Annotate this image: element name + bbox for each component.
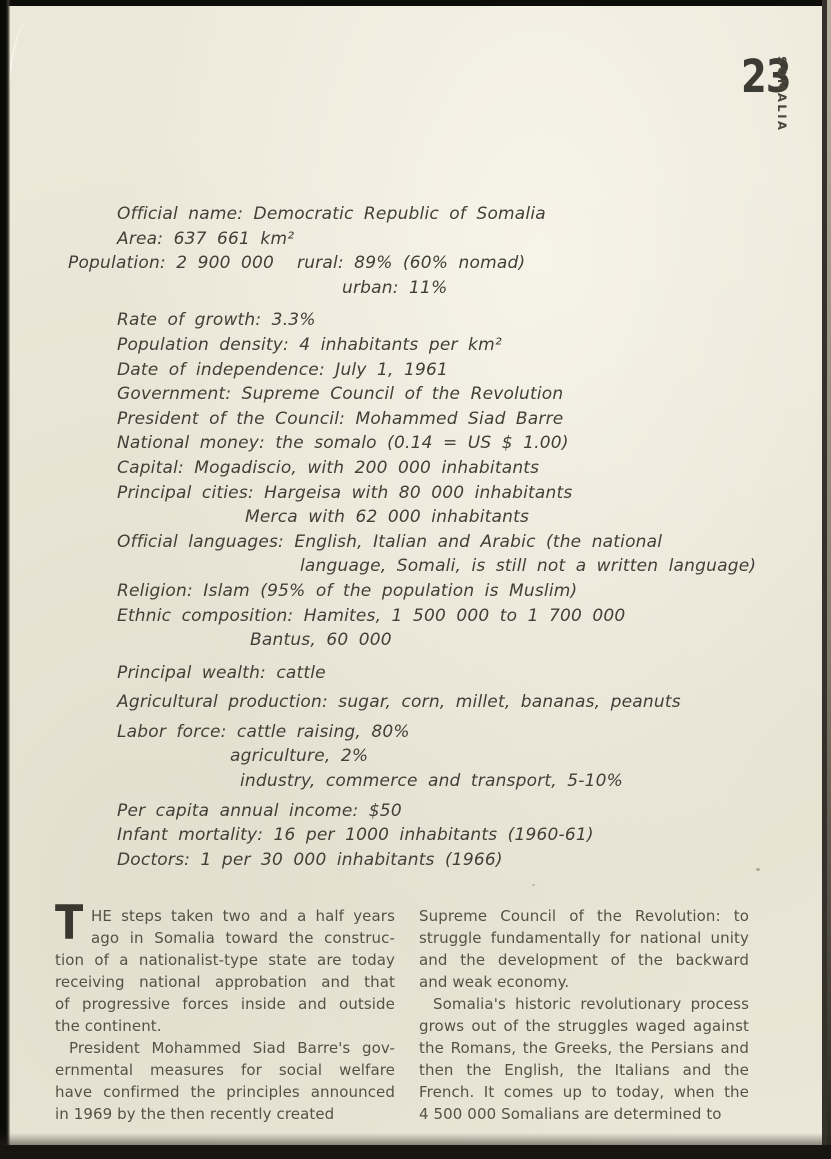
fact-line: urban: 11%	[68, 276, 808, 301]
fact-text: Religion: Islam (95% of the population i…	[117, 581, 577, 601]
body-line: have confirmed the principles announced	[55, 1081, 395, 1103]
fact-line: Capital: Mogadiscio, with 200 000 inhabi…	[68, 456, 808, 481]
fact-text: Merca with 62 000 inhabitants	[245, 507, 529, 527]
paragraph: Somalia's historic revolutionary process…	[419, 993, 749, 1125]
fact-text: Date of independence: July 1, 1961	[117, 360, 448, 380]
fact-line: National money: the somalo (0.14 = US $ …	[68, 431, 808, 456]
fact-text: National money: the somalo (0.14 = US $ …	[117, 433, 569, 453]
scan-edge-left	[0, 0, 10, 1159]
fact-line: Infant mortality: 16 per 1000 inhabitant…	[68, 823, 808, 848]
fact-text: Bantus, 60 000	[250, 630, 392, 650]
fact-text: Official name: Democratic Republic of So…	[117, 204, 546, 224]
body-line: the continent.	[55, 1015, 395, 1037]
fact-text: urban: 11%	[342, 278, 447, 298]
fact-line: Population: 2 900 000rural: 89% (60% nom…	[68, 251, 808, 276]
fact-text: Labor force: cattle raising, 80%	[117, 722, 410, 742]
fact-text: Official languages: English, Italian and…	[117, 532, 662, 552]
article: THE steps taken two and a half yearsago …	[55, 905, 749, 1125]
fact-line: Agricultural production: sugar, corn, mi…	[68, 690, 808, 715]
body-line: grows out of the struggles waged against	[419, 1015, 749, 1037]
fact-line: industry, commerce and transport, 5-10%	[68, 769, 808, 794]
body-line: ago in Somalia toward the construc-	[55, 927, 395, 949]
body-line: Somalia's historic revolutionary process	[419, 993, 749, 1015]
fact-text: Capital: Mogadiscio, with 200 000 inhabi…	[117, 458, 539, 478]
body-line: President Mohammed Siad Barre's gov-	[55, 1037, 395, 1059]
fact-text: Population: 2 900 000	[68, 253, 274, 273]
paragraph: Supreme Council of the Revolution: tostr…	[419, 905, 749, 993]
body-line: French. It comes up to today, when the	[419, 1081, 749, 1103]
fact-text: Doctors: 1 per 30 000 inhabitants (1966)	[117, 850, 503, 870]
article-column-right: Supreme Council of the Revolution: tostr…	[419, 905, 749, 1125]
fact-text: language, Somali, is still not a written…	[300, 556, 756, 576]
fact-line: Principal cities: Hargeisa with 80 000 i…	[68, 481, 808, 506]
body-line: and the development of the backward	[419, 949, 749, 971]
fact-text: Infant mortality: 16 per 1000 inhabitant…	[117, 825, 594, 845]
fact-text: President of the Council: Mohammed Siad …	[117, 409, 563, 429]
article-column-left: THE steps taken two and a half yearsago …	[55, 905, 395, 1125]
fact-line: Doctors: 1 per 30 000 inhabitants (1966)	[68, 848, 808, 873]
scan-speck	[532, 884, 535, 886]
body-line: 4 500 000 Somalians are determined to	[419, 1103, 749, 1125]
scanned-page: 23 SOMALIA Official name: Democratic Rep…	[0, 0, 831, 1159]
body-line: of progressive forces inside and outside	[55, 993, 395, 1015]
fact-line: Government: Supreme Council of the Revol…	[68, 382, 808, 407]
fact-text: Principal wealth: cattle	[117, 663, 326, 683]
fact-line: Labor force: cattle raising, 80%	[68, 720, 808, 745]
fact-text: Rate of growth: 3.3%	[117, 310, 316, 330]
fact-text: Area: 637 661 km²	[117, 229, 294, 249]
fact-line: Per capita annual income: $50	[68, 799, 808, 824]
body-line: tion of a nationalist-type state are tod…	[55, 949, 395, 971]
body-line: HE steps taken two and a half years	[55, 905, 395, 927]
scan-speck	[756, 868, 760, 871]
fact-line: agriculture, 2%	[68, 744, 808, 769]
body-line: the Romans, the Greeks, the Persians and	[419, 1037, 749, 1059]
fact-text: industry, commerce and transport, 5-10%	[240, 771, 623, 791]
fact-text: Population density: 4 inhabitants per km…	[117, 335, 502, 355]
fact-line: Rate of growth: 3.3%	[68, 308, 808, 333]
fact-line: Official languages: English, Italian and…	[68, 530, 808, 555]
fact-line: language, Somali, is still not a written…	[68, 554, 808, 579]
scan-edge-bottom	[0, 1145, 831, 1159]
fact-line: President of the Council: Mohammed Siad …	[68, 407, 808, 432]
fact-text: agriculture, 2%	[230, 746, 368, 766]
body-line: then the English, the Italians and the	[419, 1059, 749, 1081]
scan-edge-right-sliver	[827, 0, 831, 1159]
fact-line: Area: 637 661 km²	[68, 227, 808, 252]
paragraph: President Mohammed Siad Barre's gov-ernm…	[55, 1037, 395, 1125]
fact-line: Ethnic composition: Hamites, 1 500 000 t…	[68, 604, 808, 629]
body-line: and weak economy.	[419, 971, 749, 993]
drop-cap: T	[55, 903, 83, 945]
body-line: in 1969 by the then recently created	[55, 1103, 395, 1125]
fact-text: rural: 89% (60% nomad)	[297, 251, 525, 276]
fact-line: Merca with 62 000 inhabitants	[68, 505, 808, 530]
body-line: receiving national approbation and that	[55, 971, 395, 993]
fact-text: Agricultural production: sugar, corn, mi…	[117, 692, 681, 712]
body-line: struggle fundamentally for national unit…	[419, 927, 749, 949]
fact-text: Government: Supreme Council of the Revol…	[117, 384, 563, 404]
body-line: ernmental measures for social welfare	[55, 1059, 395, 1081]
fact-text: Per capita annual income: $50	[117, 801, 402, 821]
fact-text: Principal cities: Hargeisa with 80 000 i…	[117, 483, 572, 503]
fact-text: Ethnic composition: Hamites, 1 500 000 t…	[117, 606, 625, 626]
body-line: Supreme Council of the Revolution: to	[419, 905, 749, 927]
fact-line: Principal wealth: cattle	[68, 661, 808, 686]
fact-line: Religion: Islam (95% of the population i…	[68, 579, 808, 604]
fact-line: Official name: Democratic Republic of So…	[68, 202, 808, 227]
fact-line: Bantus, 60 000	[68, 628, 808, 653]
scan-edge-top	[0, 0, 831, 6]
factsheet: Official name: Democratic Republic of So…	[68, 202, 808, 872]
fact-line: Population density: 4 inhabitants per km…	[68, 333, 808, 358]
fact-line: Date of independence: July 1, 1961	[68, 358, 808, 383]
section-title-vertical: SOMALIA	[775, 56, 789, 132]
paragraph: THE steps taken two and a half yearsago …	[55, 905, 395, 1037]
scan-edge-bottom-fade	[0, 1133, 831, 1145]
